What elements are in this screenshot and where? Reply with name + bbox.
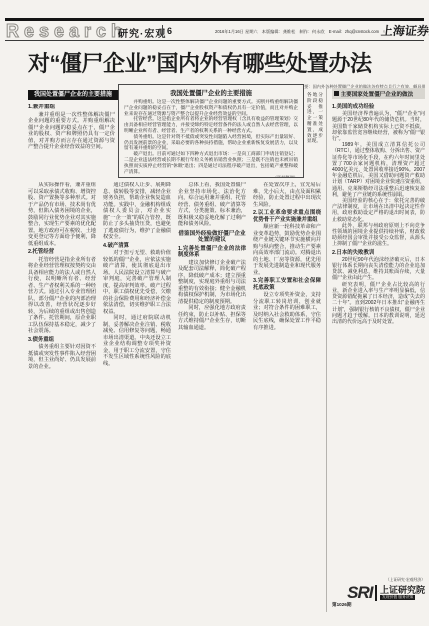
body-paragraph: 总体上看，我国处置僵尸企业坚持市场化、法治化方向，综合运用兼并重组、托管经营、债… [178, 182, 246, 228]
body-column-3: 总体上看，我国处置僵尸企业坚持市场化、法治化方向，综合运用兼并重组、托管经营、债… [178, 182, 246, 612]
body-paragraph: 同时，通过府院联动机制，妥善解决企业注销、税收减免、信用修复等问题，畅通市场出清… [103, 315, 171, 367]
subheading: 3.债务重组 [28, 337, 96, 344]
subheading: 3.完善职工安置和社会保障托底政策 [253, 278, 321, 291]
sri-logo: SRI [347, 584, 372, 601]
sidebar-paragraph: 20世纪90年代泡沫经济破灭后，日本银行体系长期向丧失清偿能力的企业追加贷款、减… [332, 257, 425, 282]
column-divider [326, 88, 327, 612]
summary-box-para: 并购重组。这是一次性整体解决僵尸企业问题的重要方式。买断并购重组解决僵尸企业问题… [124, 99, 298, 116]
intro-column: 1.兼并重组 兼并重组是一次性整体解决僵尸企业问题的重要方式。并购重组解决僵尸企… [28, 104, 115, 178]
body-paragraph: 从实际操作看，兼并重组可以采取承债式收购、增资控股、资产置换等多种形式。对于产品… [28, 182, 96, 247]
sidebar-header-bar: 主要国家处置僵尸企业的做法 [332, 88, 425, 99]
section-label: 研究·宏观 [118, 25, 166, 40]
sri-note: （上证研究·宏观经济） [332, 578, 425, 583]
body-paragraph: 同时，应强化地方政府责任约束，防止以补贴、担保等方式维持僵尸企业生存，切断其输血… [178, 305, 246, 331]
sri-name: 上证研究院 [380, 585, 425, 595]
page-number-divider [162, 25, 163, 37]
sri-issue-number: 第1026期 [332, 602, 425, 608]
summary-box-note: （资料整理） [124, 175, 298, 178]
sri-logo-divider [375, 585, 377, 601]
body-column-2: 通过债权人让步、展期降息、债转股等安排，减轻企业财务负担，帮助企业恢复造血功能。… [103, 182, 171, 612]
lead-heading: 1.兼并重组 [28, 104, 115, 111]
sidebar-title: 主要国家处置僵尸企业的做法 [341, 90, 414, 98]
summary-box-para: 债务重组。这是针对资不抵债或突发性问题陷入经营困境，但实际产出量较好、仍具发展前… [124, 134, 298, 151]
sidebar-subheading: 1.美国的成功经验 [332, 104, 425, 110]
body-paragraph: 债务重组主要针对因资不抵债或突发性事件陷入经营困境，但主业尚好、仍具发展前景的企… [28, 344, 96, 370]
sri-logo-row: SRI 上证研究院 发现价值 服务决策 [332, 584, 425, 601]
body-paragraph: 设立专项奖补资金，支持分流职工转岗培训、创业就业；对符合条件的困难职工，及时纳入… [253, 292, 321, 331]
header-rule [5, 40, 424, 41]
sri-slogan: 发现价值 服务决策 [380, 595, 415, 600]
body-paragraph: 建议加快修订企业破产法及配套司法解释，简化破产程序，降低破产成本；建立预重整制度… [178, 260, 246, 306]
sri-block: （上证研究·宏观经济） SRI 上证研究院 发现价值 服务决策 第1026期 [332, 578, 425, 614]
sidebar-paragraph: 美国经验的核心在于：依托完善的破产法律制度，让市场在出清中起决定性作用，政府救助… [332, 198, 425, 223]
masthead: 上海证券报 [380, 22, 429, 39]
summary-box-para: 托管经营。这是指企业所有者将企业的经营管理权（含具有收益的管理策划）交由具备相应… [124, 116, 298, 133]
body-paragraph: 对于扭亏无望、救助价值较低的僵尸企业，应依法实施破产清算，使其彻底退出市场。人民… [103, 250, 171, 315]
sidebar-body: 1.美国的成功经验 美国经济界普遍认为，“僵尸企业”问题源于20世纪80年代的储… [332, 102, 425, 560]
page-number: 6 [167, 26, 172, 36]
lead-paragraph: 兼并重组是一次性整体解决僵尸企业问题的重要方式。并购重组解决僵尸企业问题的稳妥点… [28, 112, 115, 151]
subheading: 1.完善处置僵尸企业的法律制度体系 [178, 246, 246, 259]
section-crosshead: 借鉴国外经验做好僵尸企业处置的建议 [178, 231, 246, 244]
brand-logo: Research [6, 21, 127, 42]
subheading: 2.以工业革命要求重点围绕优势骨干产业实施兼并重组 [253, 210, 321, 223]
sidebar-subheading: 2.日本的失败教训 [332, 250, 425, 256]
section-bar-left: 我国处置僵尸企业的主要措施 [28, 90, 118, 100]
body-paragraph: 通过债权人让步、展期降息、债转股等安排，减轻企业财务负担，帮助企业恢复造血功能。… [103, 182, 171, 241]
sidebar-paragraph: 此外，联邦与州政府原则上不向竞争性领域的困境企业提供持续补贴，财政救助须经国会审… [332, 223, 425, 248]
summary-box: 我国处置僵尸企业的主要措施 并购重组。这是一次性整体解决僵尸企业问题的重要方式。… [118, 84, 304, 178]
sidebar-paragraph: 1989年，美国成立清算信托公司（RTC），通过整体收购、分拆出售、资产证券化等… [332, 142, 425, 198]
summary-box-title: 我国处置僵尸企业的主要措施 [124, 88, 298, 97]
body-paragraph: 在处置次序上，宜先易后难、先小后大，由点及面积累经验，防止处置过程中出现次生风险… [253, 182, 321, 208]
body-column-1: 从实际操作看，兼并重组可以采取承债式收购、增资控股、资产置换等多种形式。对于产品… [28, 182, 96, 612]
wrap-text-sliver: 各地分阶段稳妥推进，一企一策精准处置，成效逐步显现。 [307, 92, 323, 176]
sidebar-paragraph: 美国经济界普遍认为，“僵尸企业”问题源于20世纪80年代的储贷危机。当时，美国数… [332, 111, 425, 142]
body-paragraph: 顺应新一轮科技革命和产业变革趋势，鼓励优势企业围绕产业链关键环节实施横向并购与纵… [253, 224, 321, 276]
subheading: 4.破产清算 [103, 243, 171, 250]
sidebar-paragraph: 研究表明，僵尸企业占比较高的行业，新企业进入率与生产率明显偏低，信贷资源错配拖累… [332, 282, 425, 325]
section-bullet-icon [334, 91, 339, 96]
newspaper-page: Research 研究·宏观 6 2016年1月16日 星期六 本版编辑：龚维松… [0, 0, 429, 626]
folio-line: 2016年1月16日 星期六 本版编辑：龚维松 制作：何永欣 E-mail：zh… [215, 29, 385, 35]
body-column-4: 在处置次序上，宜先易后难、先小后大，由点及面积累经验，防止处置过程中出现次生风险… [253, 182, 321, 612]
headline: 对“僵尸企业”国内外有哪些处置办法 [28, 50, 358, 78]
sidebar: 主要国家处置僵尸企业的做法 1.美国的成功经验 美国经济界普遍认为，“僵尸企业”… [332, 88, 425, 612]
subheading: 2.托管经营 [28, 249, 96, 256]
summary-box-para: 破产退出。目前可通过如下四种方式退出市场：一是向工商部门申请注销登记；二是企业违… [124, 151, 298, 174]
body-paragraph: 托管经营是指企业所有者将企业经营管理权按契约交由具备相应能力的法人或自然人行使，… [28, 257, 96, 335]
